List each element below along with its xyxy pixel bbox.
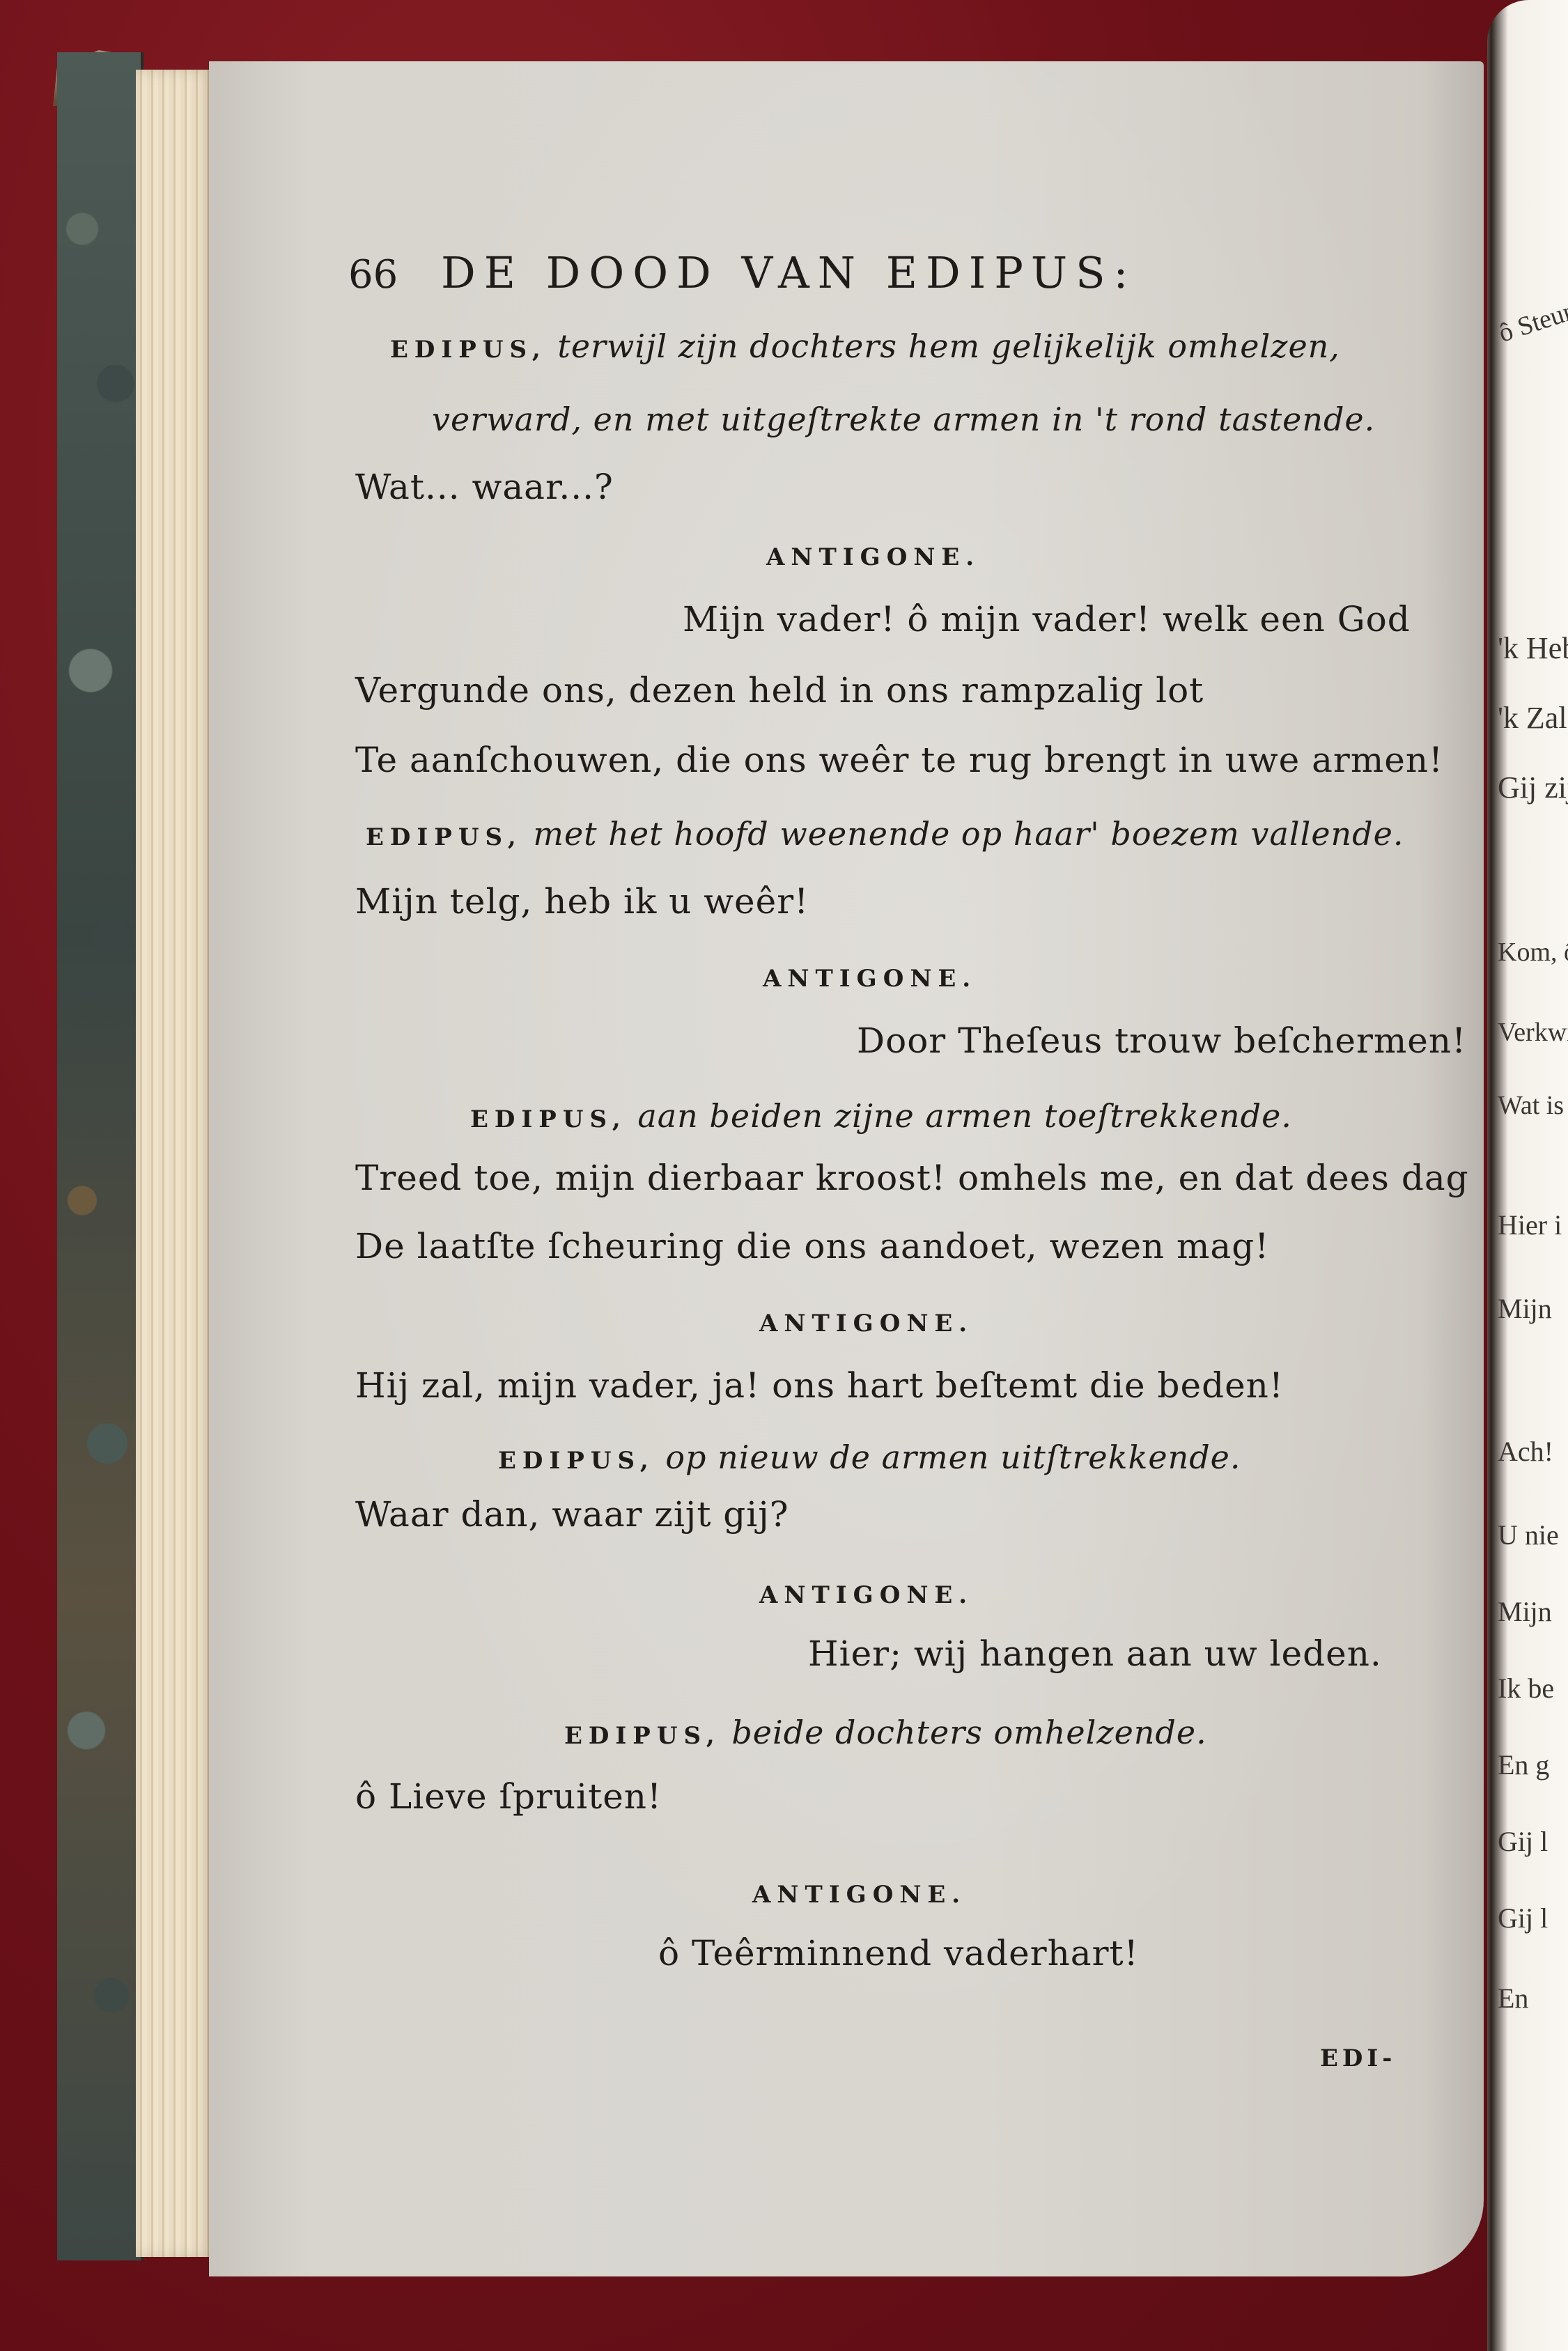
speaker-heading: ANTIGONE. [763,965,977,993]
verse-line: Waar dan, waar zijt gij? [355,1494,789,1535]
stage-direction: EDIPUS, beide dochters omhelzende. [564,1714,1207,1751]
facing-fragment: Kom, ô [1498,937,1568,968]
page-title: DE DOOD VAN EDIPUS: [441,247,1136,298]
verse-line: Te aanſchouwen, die ons weêr te rug bren… [355,740,1443,780]
verse-line: ô Teêrminnend vaderhart! [658,1933,1139,1973]
facing-fragment: 'k Heb [1498,630,1568,666]
facing-fragment: Mijn [1498,1292,1552,1325]
speaker-heading: ANTIGONE. [759,1581,973,1609]
facing-fragment: Wat is [1498,1090,1564,1121]
facing-fragment: Ik be [1498,1672,1554,1705]
verse-line: Vergunde ons, dezen held in ons rampzali… [355,670,1204,711]
facing-fragment: Hier i [1498,1209,1562,1241]
page-number: 66 [348,252,398,297]
verse-line: ô Lieve ſpruiten! [355,1776,662,1817]
facing-fragment: Mijn [1498,1595,1552,1628]
speaker-heading: ANTIGONE. [752,1881,966,1909]
catchword: EDI- [1320,2044,1396,2072]
stage-direction: EDIPUS, met het hoofd weenende op haar' … [366,815,1404,853]
facing-fragment: En [1498,1982,1528,2015]
verse-line: Treed toe, mijn dierbaar kroost! omhels … [355,1158,1469,1198]
facing-fragment: Gij zijt [1498,770,1568,805]
verse-line: Door Theſeus trouw beſchermen! [857,1021,1466,1061]
facing-fragment: Ach! [1498,1435,1553,1468]
speaker-name: EDIPUS, [366,823,522,851]
speaker-heading: ANTIGONE. [759,1310,973,1337]
marbled-cover [57,52,143,2260]
verse-line: Mijn telg, heb ik u weêr! [355,881,809,922]
facing-fragment: 'k Zal [1498,700,1567,736]
verse-line: De laatſte ſcheuring die ons aandoet, we… [355,1226,1269,1266]
facing-fragment: Gij l [1498,1902,1548,1934]
direction-text: aan beiden zijne armen toeſtrekkende. [637,1097,1292,1135]
page-edges [136,70,212,2257]
speaker-heading: ANTIGONE. [766,543,980,571]
speaker-name: EDIPUS, [498,1447,655,1475]
stage-direction: EDIPUS, aan beiden zijne armen toeſtrekk… [470,1097,1292,1135]
facing-fragment: U nie [1498,1519,1559,1551]
direction-text: met het hoofd weenende op haar' boezem v… [533,815,1404,853]
speaker-name: EDIPUS, [390,336,547,364]
verse-line: Mijn vader! ô mijn vader! welk een God [683,599,1411,639]
speaker-name: EDIPUS, [564,1722,721,1750]
direction-text: terwijl zijn dochters hem gelijkelijk om… [557,327,1340,365]
stage-direction-continued: verward, en met uitgeſtrekte armen in 't… [432,401,1375,438]
verse-line: Hier; wij hangen aan uw leden. [808,1634,1382,1674]
direction-text: beide dochters omhelzende. [731,1714,1206,1751]
stage-direction: EDIPUS, terwijl zijn dochters hem gelijk… [390,327,1340,365]
direction-text: op nieuw de armen uitſtrekkende. [665,1438,1241,1476]
verse-line: Wat... waar...? [355,467,614,507]
facing-fragment: En g [1498,1748,1549,1781]
facing-fragment: Gij l [1498,1825,1548,1858]
stage-direction: EDIPUS, op nieuw de armen uitſtrekkende. [498,1438,1241,1476]
facing-fragment: Verkwil [1498,1017,1568,1048]
running-head: 66 DE DOOD VAN EDIPUS: [348,247,1136,298]
speaker-name: EDIPUS, [470,1105,627,1133]
verse-line: Hij zal, mijn vader, ja! ons hart beſtem… [355,1365,1284,1406]
